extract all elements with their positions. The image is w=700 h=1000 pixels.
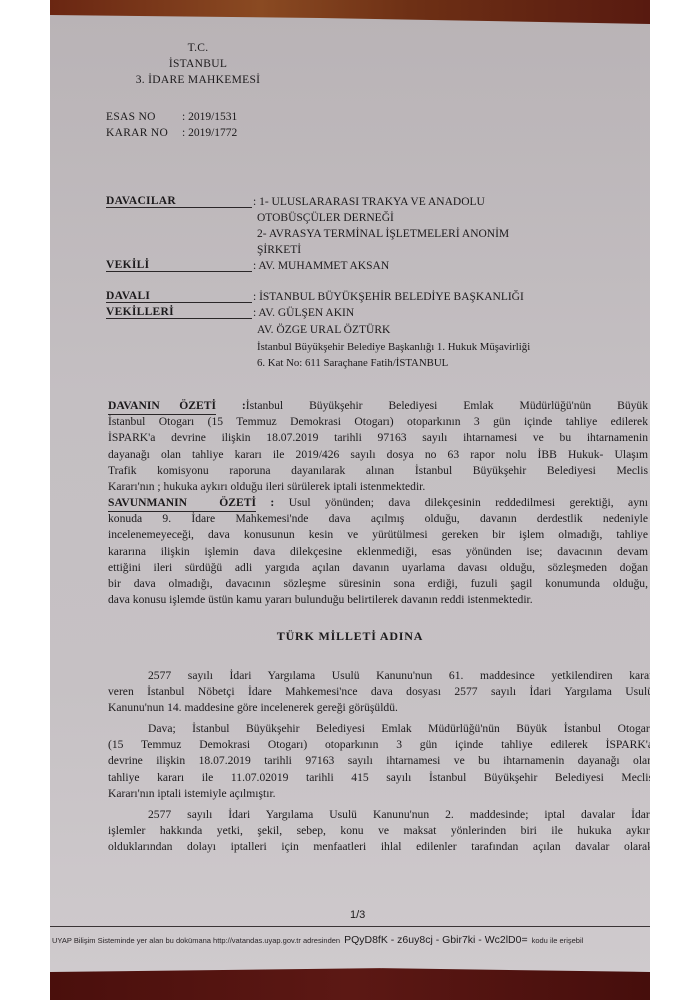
verification-code: PQyD8fK - z6uy8cj - Gbir7ki - Wc2lD0=	[344, 934, 528, 946]
page-number: 1/3	[350, 909, 365, 921]
davanin-ozeti-line-5: Trafik komisyonu raporuna dayanılarak al…	[108, 463, 648, 479]
footer-rule	[50, 926, 650, 927]
body-p2-line-5: Kararı'nın iptali istemiyle açılmıştır.	[108, 786, 650, 802]
vekilleri-line-4: 6. Kat No: 611 Saraçhane Fatih/İSTANBUL	[257, 355, 448, 371]
body-p2-line-3: devrine ilişkin 18.07.2019 tarihli 97163…	[108, 753, 650, 769]
court-decision-page: T.C. İSTANBUL 3. İDARE MAHKEMESİ ESAS NO…	[50, 14, 650, 972]
davanin-ozeti-separator: :	[216, 399, 246, 412]
savunmanin-ozeti-line-2: konuda 9. İdare Mahkemesi'nde dava açılm…	[108, 511, 648, 527]
vekili-label: VEKİLİ	[106, 259, 252, 272]
body-p1-line-2: veren İstanbul Nöbetçi İdare Mahkemesi'n…	[108, 684, 650, 700]
davanin-ozeti-label: DAVANIN ÖZETİ	[108, 398, 216, 415]
body-p2-line-4: tahliye kararı ile 11.07.02019 tarihli 4…	[108, 770, 650, 786]
body-paragraph-2: Dava; İstanbul Büyükşehir Belediyesi Eml…	[108, 721, 650, 802]
karar-value: : 2019/1772	[182, 127, 237, 139]
davacilar-line-2: OTOBÜSÇÜLER DERNEĞİ	[257, 210, 394, 226]
savunmanin-ozeti-line-3: incelenemeyeceği, dava konusunun kesin v…	[108, 527, 648, 543]
savunmanin-ozeti-section: SAVUNMANIN ÖZETİ : Usul yönünden; dava d…	[108, 495, 648, 608]
davanin-ozeti-line-2: İstanbul Otogarı (15 Temmuz Demokrasi Ot…	[108, 414, 648, 430]
body-paragraph-1: 2577 sayılı İdari Yargılama Usulü Kanunu…	[108, 668, 650, 717]
davanin-ozeti-section: DAVANIN ÖZETİ :İstanbul Büyükşehir Beled…	[108, 398, 648, 495]
davacilar-line-4: ŞİRKETİ	[257, 242, 301, 258]
davanin-ozeti-line-3: İSPARK'a devrine ilişkin 18.07.2019 tari…	[108, 430, 648, 446]
header-city: İSTANBUL	[98, 58, 298, 70]
davali-value: : İSTANBUL BÜYÜKŞEHİR BELEDİYE BAŞKANLIĞ…	[253, 289, 524, 305]
body-p3-line-1: 2577 sayılı İdari Yargılama Usulü Kanunu…	[108, 807, 650, 823]
header-court: 3. İDARE MAHKEMESİ	[98, 74, 298, 86]
savunmanin-ozeti-line-5: ettiğini ileri sürdüğü adli yargıda açıl…	[108, 560, 648, 576]
vekili-value: : AV. MUHAMMET AKSAN	[253, 258, 389, 274]
body-p2-line-2: (15 Temmuz Demokrasi Otogarı) otoparkını…	[108, 737, 650, 753]
document-photo: T.C. İSTANBUL 3. İDARE MAHKEMESİ ESAS NO…	[50, 0, 650, 1000]
body-p1-line-1: 2577 sayılı İdari Yargılama Usulü Kanunu…	[108, 668, 650, 684]
turk-milleti-adina-title: TÜRK MİLLETİ ADINA	[50, 629, 650, 644]
vekilleri-line-2: AV. ÖZGE URAL ÖZTÜRK	[257, 322, 390, 338]
savunmanin-ozeti-line-1: Usul yönünden; dava dilekçesinin reddedi…	[289, 496, 648, 509]
vekilleri-label: VEKİLLERİ	[106, 306, 252, 319]
davali-label: DAVALI	[106, 290, 252, 303]
body-p2-line-1: Dava; İstanbul Büyükşehir Belediyesi Eml…	[108, 721, 650, 737]
body-p3-line-2: işlemler hakkında yetki, şekil, sebep, k…	[108, 823, 650, 839]
davanin-ozeti-line-1: İstanbul Büyükşehir Belediyesi Emlak Müd…	[246, 399, 648, 412]
body-p3-line-3: olduklarından dolayı iptalleri için menf…	[108, 839, 650, 855]
vekilleri-line-3: İstanbul Büyükşehir Belediye Başkanlığı …	[257, 339, 530, 355]
footer-uyap-text: UYAP Bilişim Sisteminde yer alan bu dokü…	[52, 936, 340, 945]
esas-label: ESAS NO	[106, 111, 156, 123]
davacilar-line-3: 2- AVRASYA TERMİNAL İŞLETMELERİ ANONİM	[257, 226, 509, 242]
body-paragraph-3: 2577 sayılı İdari Yargılama Usulü Kanunu…	[108, 807, 650, 856]
savunmanin-ozeti-separator: :	[256, 496, 274, 509]
davacilar-line-1: : 1- ULUSLARARASI TRAKYA VE ANADOLU	[253, 194, 485, 210]
davanin-ozeti-line-6: Kararı'nın ; hukuka aykırı olduğu ileri …	[108, 479, 648, 495]
savunmanin-ozeti-line-7: dava konusu işlemde üstün kamu yararı bu…	[108, 592, 648, 608]
savunmanin-ozeti-label: SAVUNMANIN ÖZETİ	[108, 495, 256, 512]
vekilleri-line-1: : AV. GÜLŞEN AKIN	[253, 305, 354, 321]
karar-label: KARAR NO	[106, 127, 168, 139]
davacilar-label: DAVACILAR	[106, 195, 252, 208]
savunmanin-ozeti-line-4: kararına ilişkin işlemin dava dilekçesin…	[108, 544, 648, 560]
footer-uyap: UYAP Bilişim Sisteminde yer alan bu dokü…	[52, 930, 583, 948]
davanin-ozeti-line-4: dayanağı olan tahliye kararı ile 2019/42…	[108, 447, 648, 463]
esas-value: : 2019/1531	[182, 111, 237, 123]
body-p1-line-3: Kanunu'nun 14. maddesine göre incelenere…	[108, 700, 650, 716]
header-tc: T.C.	[98, 42, 298, 54]
savunmanin-ozeti-line-6: bir dava olmadığı, davacının sözleşme sü…	[108, 576, 648, 592]
footer-suffix: kodu ile erişebil	[532, 936, 584, 945]
